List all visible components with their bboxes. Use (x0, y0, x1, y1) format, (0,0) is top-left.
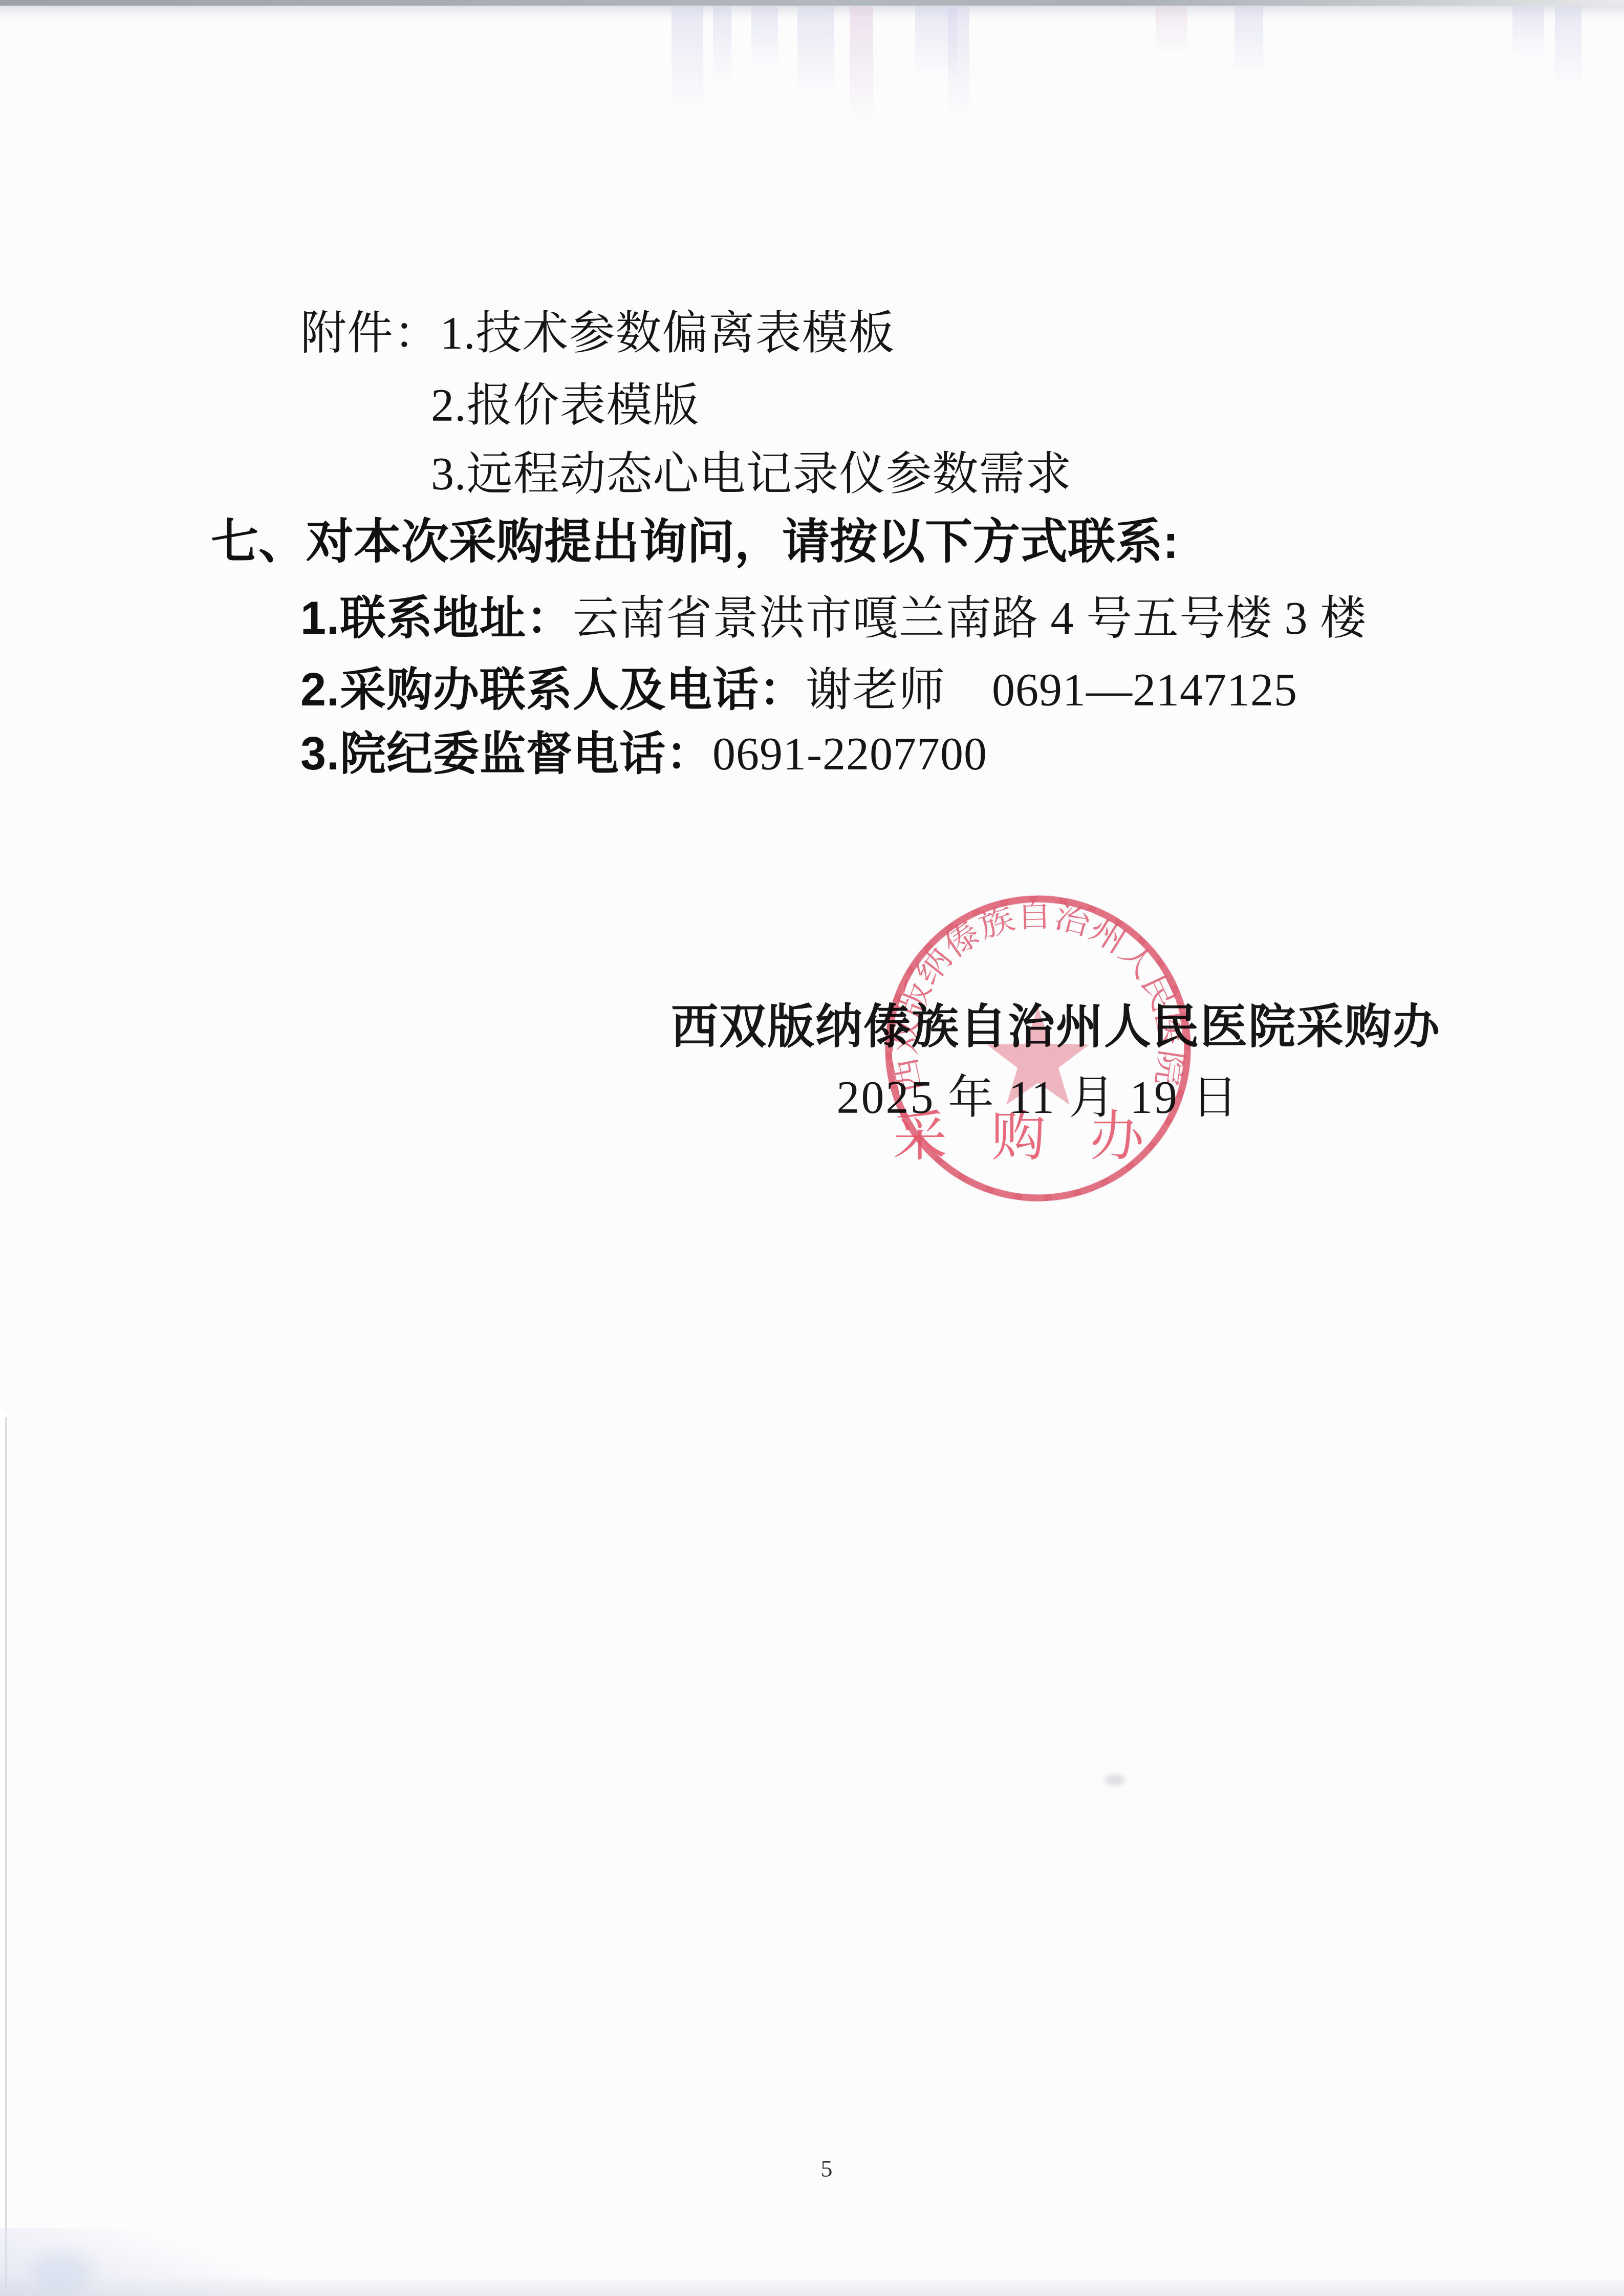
supervision-phone-label: 3.院纪委监督电话： (300, 728, 712, 780)
page-number: 5 (821, 2155, 833, 2182)
attachment-item-2: 2.报价表模版 (431, 383, 700, 429)
contact-person-label: 2.采购办联系人及电话： (300, 664, 806, 716)
attachment-item-1: 1.技术参数偏离表模板 (440, 308, 895, 359)
contact-address-value: 云南省景洪市嘎兰南路 4 号五号楼 3 楼 (573, 593, 1367, 644)
scan-streak (1156, 6, 1187, 55)
attachments-label: 附件： (300, 308, 440, 359)
attachments-line-1: 附件：1.技术参数偏离表模板 (300, 311, 895, 357)
paper-edge (0, 1410, 5, 2296)
contact-address-label: 1.联系地址： (300, 593, 573, 644)
scan-streak (1512, 6, 1544, 57)
scanned-document-page: 附件：1.技术参数偏离表模板 2.报价表模版 3.远程动态心电记录仪参数需求 七… (0, 0, 1624, 2296)
contact-address-line: 1.联系地址：云南省景洪市嘎兰南路 4 号五号楼 3 楼 (300, 595, 1367, 642)
supervision-phone-value: 0691-2207700 (712, 729, 987, 780)
signature-date: 2025 年 11 月 19 日 (836, 1075, 1239, 1121)
scan-streak (751, 6, 778, 68)
attachment-item-3: 3.远程动态心电记录仪参数需求 (431, 452, 1072, 498)
scan-streak (713, 6, 731, 83)
scan-streak (797, 6, 834, 96)
scan-streak (1235, 6, 1263, 73)
scan-streak (1555, 6, 1582, 88)
scan-smudge (1105, 1774, 1125, 1786)
signature-organization: 西双版纳傣族自治州人民医院采购办 (671, 1003, 1441, 1050)
scan-corner-spot (32, 2251, 93, 2292)
contact-person-line: 2.采购办联系人及电话：谢老师 0691—2147125 (300, 667, 1297, 714)
seal-arc-text-holder: 西双版纳傣族自治州人民医院 (887, 898, 1188, 1096)
seal-arc-text: 西双版纳傣族自治州人民医院 (887, 898, 1188, 1096)
contact-person-value: 谢老师 0691—2147125 (806, 665, 1297, 716)
supervision-phone-line: 3.院纪委监督电话：0691-2207700 (300, 731, 987, 778)
scan-streak (948, 6, 969, 116)
scan-streak (850, 6, 873, 125)
section-7-heading: 七、对本次采购提出询问，请按以下方式联系: (211, 518, 1179, 566)
scan-top-edge (0, 0, 1624, 6)
scan-streak (672, 6, 703, 111)
paper-edge-line (5, 1417, 7, 2296)
